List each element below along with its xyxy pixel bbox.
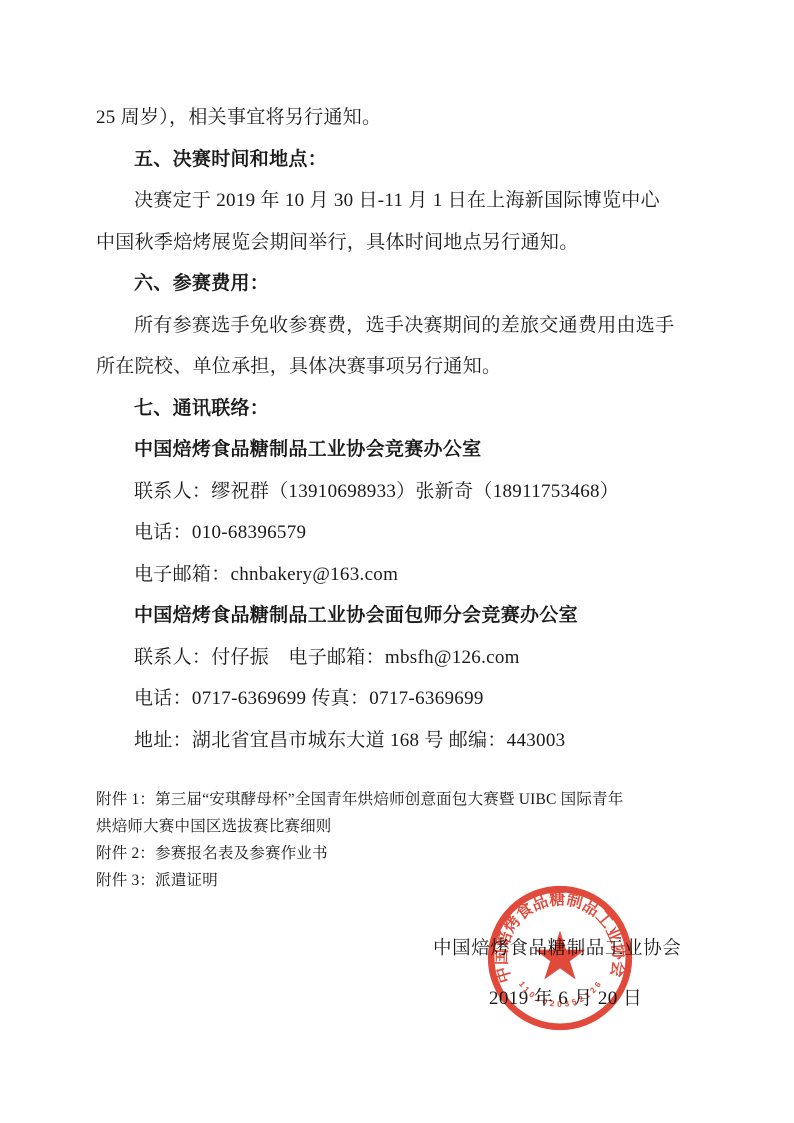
doc-line: 地址：湖北省宜昌市城东大道 168 号 邮编：443003 xyxy=(96,720,756,762)
document-body: 25 周岁），相关事宜将另行通知。五、决赛时间和地点：决赛定于 2019 年 1… xyxy=(96,97,756,761)
doc-line: 所有参赛选手免收参赛费，选手决赛期间的差旅交通费用由选手 xyxy=(96,305,756,347)
doc-line: 七、通讯联络： xyxy=(96,388,756,430)
doc-line: 电话：0717-6369699 传真：0717-6369699 xyxy=(96,678,756,720)
signature-date: 2019 年 6 月 20 日 xyxy=(489,983,642,1010)
doc-line: 联系人：缪祝群（13910698933）张新奇（18911753468） xyxy=(96,471,756,513)
attachment-line: 附件 1：第三届“安琪酵母杯”全国青年烘焙师创意面包大赛暨 UIBC 国际青年 xyxy=(96,786,756,813)
doc-line: 五、决赛时间和地点： xyxy=(96,139,756,181)
attachments-list: 附件 1：第三届“安琪酵母杯”全国青年烘焙师创意面包大赛暨 UIBC 国际青年烘… xyxy=(96,786,756,894)
doc-line: 中国秋季焙烤展览会期间举行，具体时间地点另行通知。 xyxy=(96,222,756,264)
doc-line: 电话：010-68396579 xyxy=(96,512,756,554)
attachment-line: 烘焙师大赛中国区选拔赛比赛细则 xyxy=(96,813,756,840)
doc-line: 六、参赛费用： xyxy=(96,263,756,305)
doc-line: 联系人：付仔振 电子邮箱：mbsfh@126.com xyxy=(96,637,756,679)
doc-line: 中国焙烤食品糖制品工业协会竞赛办公室 xyxy=(96,429,756,471)
doc-line: 决赛定于 2019 年 10 月 30 日-11 月 1 日在上海新国际博览中心 xyxy=(96,180,756,222)
doc-line: 中国焙烤食品糖制品工业协会面包师分会竞赛办公室 xyxy=(96,595,756,637)
signature-organization: 中国焙烤食品糖制品工业协会 xyxy=(433,934,681,960)
doc-line: 所在院校、单位承担，具体决赛事项另行通知。 xyxy=(96,346,756,388)
doc-line: 电子邮箱：chnbakery@163.com xyxy=(96,554,756,596)
document-page: 25 周岁），相关事宜将另行通知。五、决赛时间和地点：决赛定于 2019 年 1… xyxy=(0,0,794,1123)
doc-line: 25 周岁），相关事宜将另行通知。 xyxy=(96,97,756,139)
attachment-line: 附件 2：参赛报名表及参赛作业书 xyxy=(96,840,756,867)
attachment-line: 附件 3：派遣证明 xyxy=(96,867,756,894)
